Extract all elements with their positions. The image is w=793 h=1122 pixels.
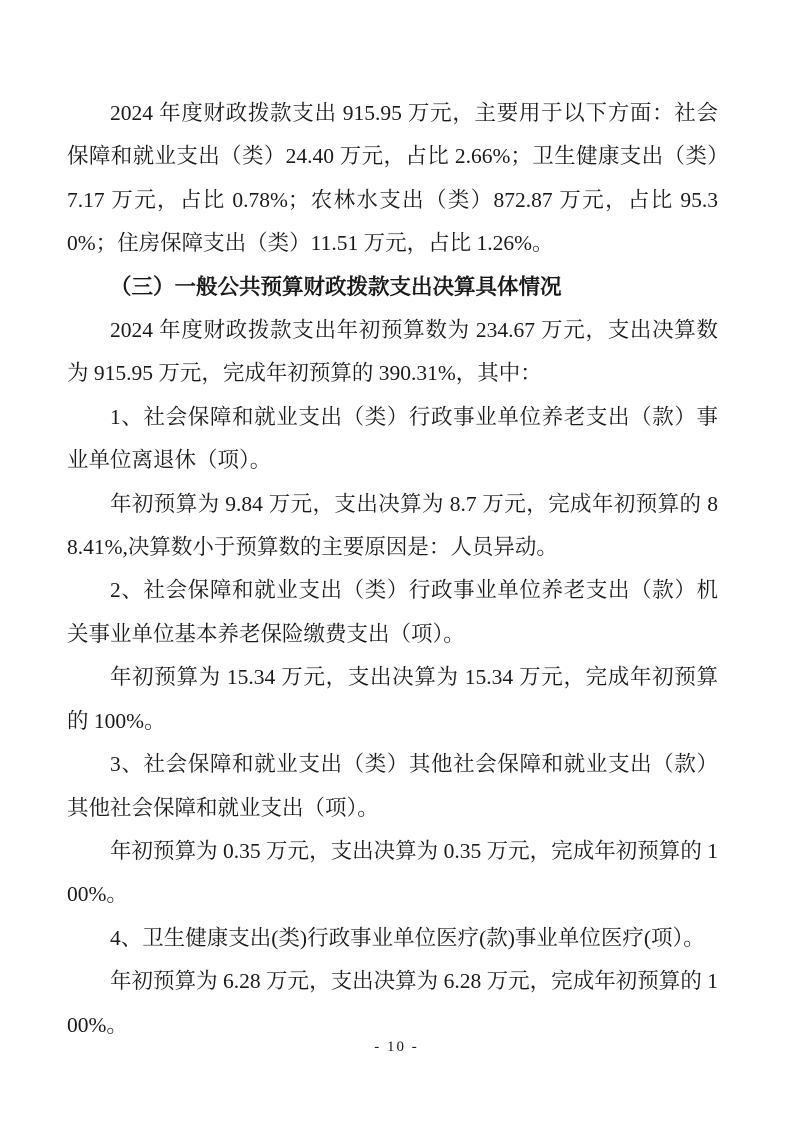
item-2-title: 2、社会保障和就业支出（类）行政事业单位养老支出（款）机关事业单位基本养老保险缴… (67, 569, 718, 656)
item-1-title: 1、社会保障和就业支出（类）行政事业单位养老支出（款）事业单位离退休（项）。 (67, 396, 718, 483)
section-heading-general-budget-expenditure-details: （三）一般公共预算财政拨款支出决算具体情况 (67, 266, 718, 309)
paragraph-budget-vs-final-summary: 2024 年度财政拨款支出年初预算数为 234.67 万元，支出决算数为 915… (67, 309, 718, 396)
item-1-detail: 年初预算为 9.84 万元，支出决算为 8.7 万元，完成年初预算的 88.41… (67, 483, 718, 570)
item-4-detail: 年初预算为 6.28 万元，支出决算为 6.28 万元，完成年初预算的 100%… (67, 960, 718, 1047)
paragraph-expenditure-overview: 2024 年度财政拨款支出 915.95 万元，主要用于以下方面：社会保障和就业… (67, 92, 718, 266)
page-number: - 10 - (0, 1036, 793, 1058)
document-page: 2024 年度财政拨款支出 915.95 万元，主要用于以下方面：社会保障和就业… (0, 0, 793, 1122)
item-2-detail: 年初预算为 15.34 万元，支出决算为 15.34 万元，完成年初预算的 10… (67, 656, 718, 743)
item-3-title: 3、社会保障和就业支出（类）其他社会保障和就业支出（款）其他社会保障和就业支出（… (67, 743, 718, 830)
item-3-detail: 年初预算为 0.35 万元，支出决算为 0.35 万元，完成年初预算的 100%… (67, 830, 718, 917)
item-4-title: 4、卫生健康支出(类)行政事业单位医疗(款)事业单位医疗(项）。 (67, 917, 718, 960)
document-body: 2024 年度财政拨款支出 915.95 万元，主要用于以下方面：社会保障和就业… (67, 92, 718, 1047)
